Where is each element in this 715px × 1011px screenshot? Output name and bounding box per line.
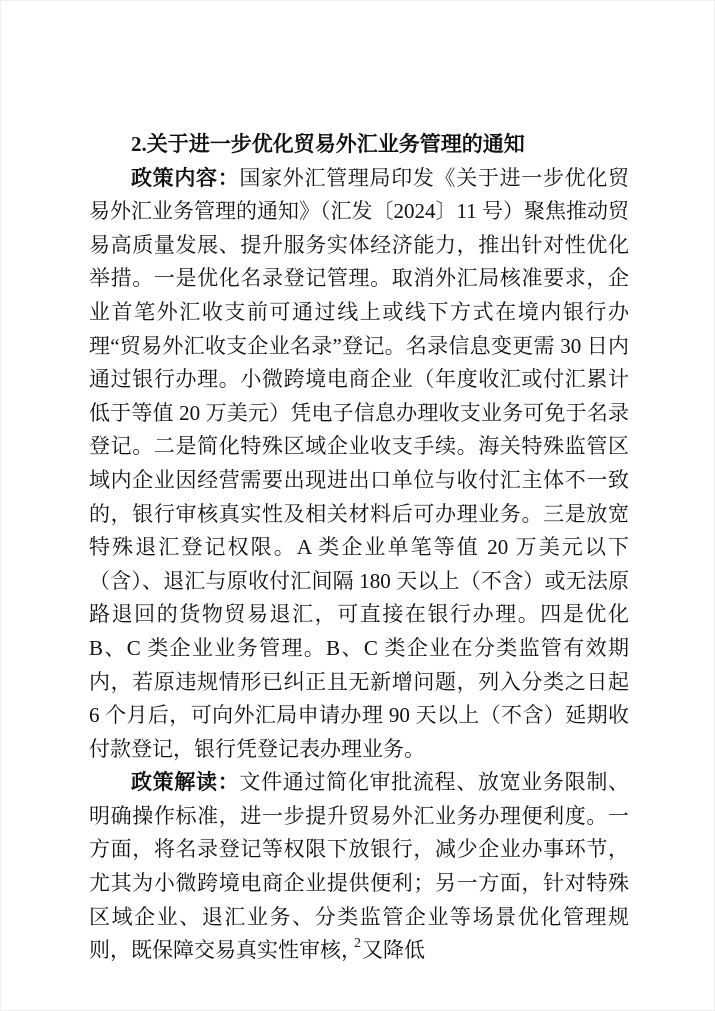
policy-content-paragraph: 政策内容：国家外汇管理局印发《关于进一步优化贸易外汇业务管理的通知》（汇发〔20… [89, 162, 629, 767]
document-body: 2.关于进一步优化贸易外汇业务管理的通知 政策内容：国家外汇管理局印发《关于进一… [89, 128, 629, 968]
policy-content-label: 政策内容： [131, 166, 239, 190]
page-number: 2 [1, 936, 714, 952]
policy-content-text: 国家外汇管理局印发《关于进一步优化贸易外汇业务管理的通知》（汇发〔2024〕11… [89, 166, 629, 761]
policy-interpretation-text: 文件通过简化审批流程、放宽业务限制、明确操作标准，进一步提升贸易外汇业务办理便利… [89, 770, 629, 962]
document-page: 2.关于进一步优化贸易外汇业务管理的通知 政策内容：国家外汇管理局印发《关于进一… [0, 0, 715, 1011]
policy-interpretation-label: 政策解读： [131, 770, 239, 794]
section-heading: 2.关于进一步优化贸易外汇业务管理的通知 [89, 128, 629, 162]
